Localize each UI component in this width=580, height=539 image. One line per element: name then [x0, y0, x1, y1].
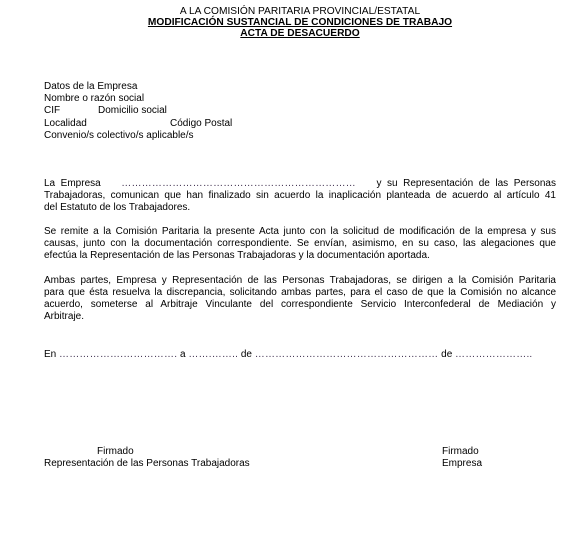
- representation-text: y su Representación de las Personas: [376, 178, 556, 190]
- company-data-title: Datos de la Empresa: [44, 81, 137, 93]
- locality-label: Localidad: [44, 118, 87, 130]
- company-label: La Empresa: [44, 178, 101, 190]
- company-name-label: Nombre o razón social: [44, 93, 144, 105]
- document-title: ACTA DE DESACUERDO: [0, 28, 580, 39]
- month-label: de: [241, 349, 252, 360]
- paragraph-line: para que ésta resuelva la discrepancia, …: [44, 287, 556, 299]
- paragraph-line: Ambas partes, Empresa y Representación d…: [44, 275, 556, 287]
- paragraph-line: Trabajadoras, comunican que han finaliza…: [44, 190, 556, 202]
- workers-representation-label: Representación de las Personas Trabajado…: [44, 458, 250, 470]
- place-label: En: [44, 349, 56, 360]
- paragraph-line: efectúa la Representación de las Persona…: [44, 250, 556, 262]
- place-blank[interactable]: ……………….…………….: [59, 349, 177, 360]
- day-blank[interactable]: …….……..: [188, 349, 238, 360]
- year-label: de: [441, 349, 452, 360]
- paragraph-line: acuerdo, someterse al Arbitraje Vinculan…: [44, 299, 556, 311]
- company-name-blank[interactable]: ……………………………………………………………: [121, 178, 356, 190]
- document-subject-heading: MODIFICACIÓN SUSTANCIAL DE CONDICIONES D…: [0, 17, 580, 28]
- collective-agreement-label: Convenio/s colectivo/s aplicable/s: [44, 130, 194, 142]
- company-signed-label: Firmado: [442, 446, 479, 458]
- paragraph-line: causas, junto con la documentación corre…: [44, 238, 556, 250]
- month-blank[interactable]: ………………………………………………: [255, 349, 439, 360]
- address-label: Domicilio social: [98, 105, 167, 117]
- day-label: a: [180, 349, 186, 360]
- addressee-heading: A LA COMISIÓN PARITARIA PROVINCIAL/ESTAT…: [0, 6, 580, 17]
- year-blank[interactable]: …………………..: [455, 349, 532, 360]
- company-signature-label: Empresa: [442, 458, 482, 470]
- paragraph-disagreement: La Empresa …………………………………………………………… y su …: [44, 178, 556, 214]
- paragraph-submission: Se remite a la Comisión Paritaria la pre…: [44, 226, 556, 262]
- paragraph-arbitration: Ambas partes, Empresa y Representación d…: [44, 275, 556, 323]
- paragraph-line: del Estatuto de los Trabajadores.: [44, 202, 556, 214]
- paragraph-line: Se remite a la Comisión Paritaria la pre…: [44, 226, 556, 238]
- workers-signed-label: Firmado: [97, 446, 134, 458]
- date-place-line: En ……………….……………. a …….…….. de ……………………………: [44, 349, 532, 361]
- paragraph-line: Arbitraje.: [44, 311, 556, 323]
- cif-label: CIF: [44, 105, 60, 117]
- postal-code-label: Código Postal: [170, 118, 232, 130]
